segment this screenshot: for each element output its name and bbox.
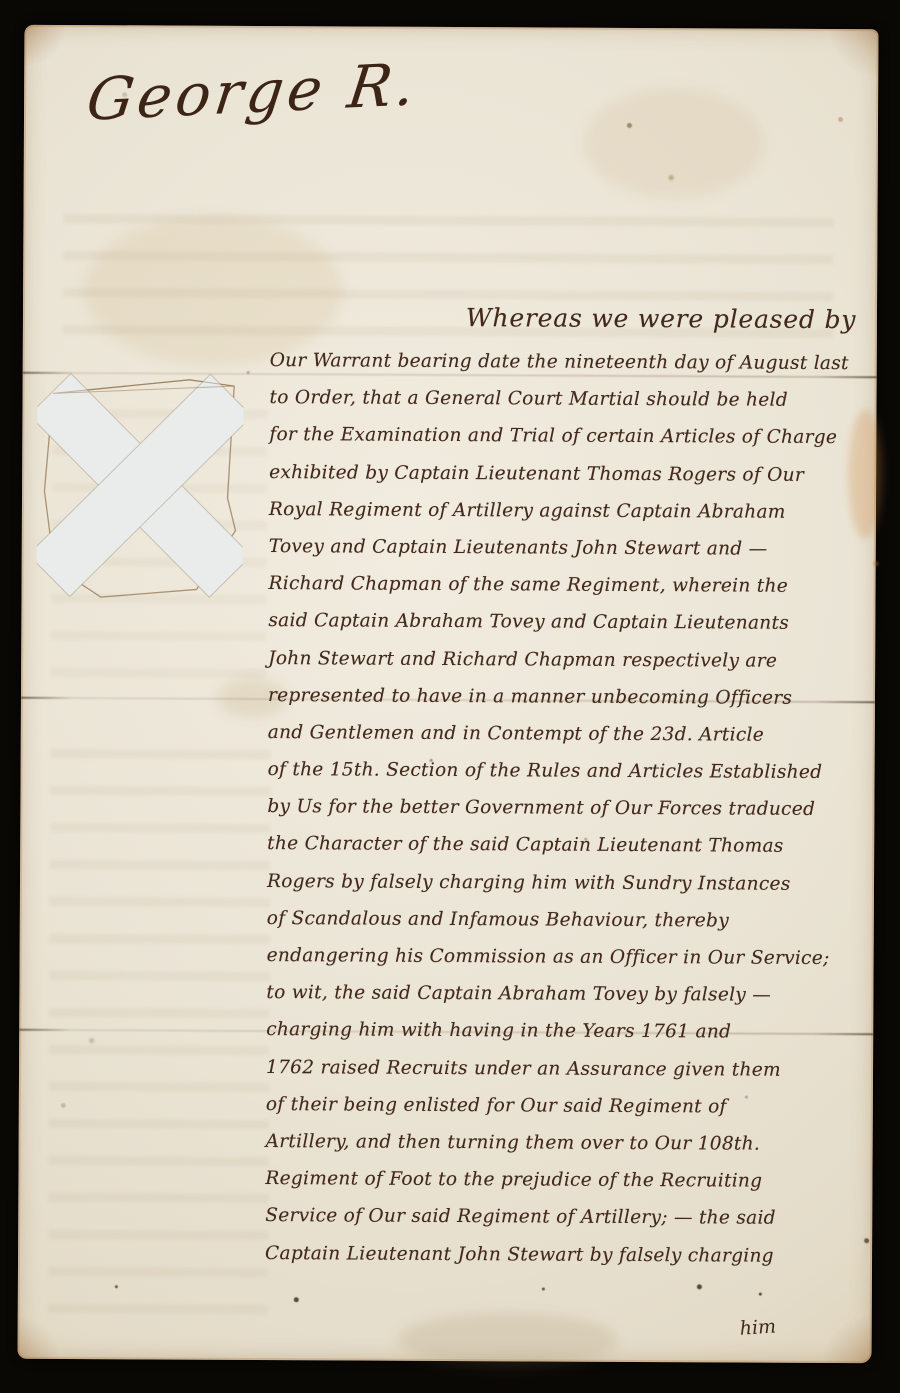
saltire-seal-icon [36,369,243,604]
manuscript-line: and Gentlemen and in Contempt of the 23d… [268,714,868,754]
paper-stain [584,88,765,199]
manuscript-line: Royal Regiment of Artillery against Capt… [269,491,869,531]
manuscript-line: said Captain Abraham Tovey and Captain L… [268,602,868,642]
paper-stain [397,1312,617,1368]
ink-bleedthrough [48,725,271,1316]
manuscript-line: to wit, the said Captain Abraham Tovey b… [266,974,866,1014]
manuscript-line: Richard Chapman of the same Regiment, wh… [268,565,868,605]
manuscript-line: exhibited by Captain Lieutenant Thomas R… [269,454,869,494]
manuscript-line: the Character of the said Captain Lieute… [267,825,867,865]
manuscript-line: to Order, that a General Court Martial s… [269,379,869,419]
foxing-spots [24,25,27,28]
manuscript-line: represented to have in a manner unbecomi… [268,677,868,717]
photo-background: George R. Whereas we were pleased by Our… [0,0,900,1393]
manuscript-line: Whereas we were pleased by [270,296,870,345]
manuscript-line: for the Examination and Trial of certain… [269,416,869,456]
manuscript-line: Regiment of Foot to the prejudice of the… [265,1160,865,1200]
manuscript-line: Rogers by falsely charging him with Sund… [267,863,867,903]
manuscript-line: John Stewart and Richard Chapman respect… [268,640,868,680]
manuscript-line: of Scandalous and Infamous Behaviour, th… [267,900,867,940]
document-page: George R. Whereas we were pleased by Our… [18,25,879,1363]
manuscript-line: Our Warrant bearing date the nineteenth … [270,342,870,382]
catchword: him [739,1315,777,1339]
manuscript-text-block: Whereas we were pleased by Our Warrant b… [265,296,870,1275]
manuscript-line: by Us for the better Government of Our F… [267,788,867,828]
manuscript-line: of their being enlisted for Our said Reg… [266,1086,866,1126]
manuscript-line: 1762 raised Recruits under an Assurance … [266,1049,866,1089]
manuscript-line: endangering his Commission as an Officer… [267,937,867,977]
manuscript-line: Artillery, and then turning them over to… [266,1123,866,1163]
manuscript-line: Captain Lieutenant John Stewart by false… [265,1235,865,1275]
manuscript-line: Tovey and Captain Lieutenants John Stewa… [269,528,869,568]
royal-signature: George R. [73,46,512,217]
manuscript-line: Service of Our said Regiment of Artiller… [265,1197,865,1237]
manuscript-line: of the 15th. Section of the Rules and Ar… [268,751,868,791]
manuscript-line: charging him with having in the Years 17… [266,1011,866,1051]
